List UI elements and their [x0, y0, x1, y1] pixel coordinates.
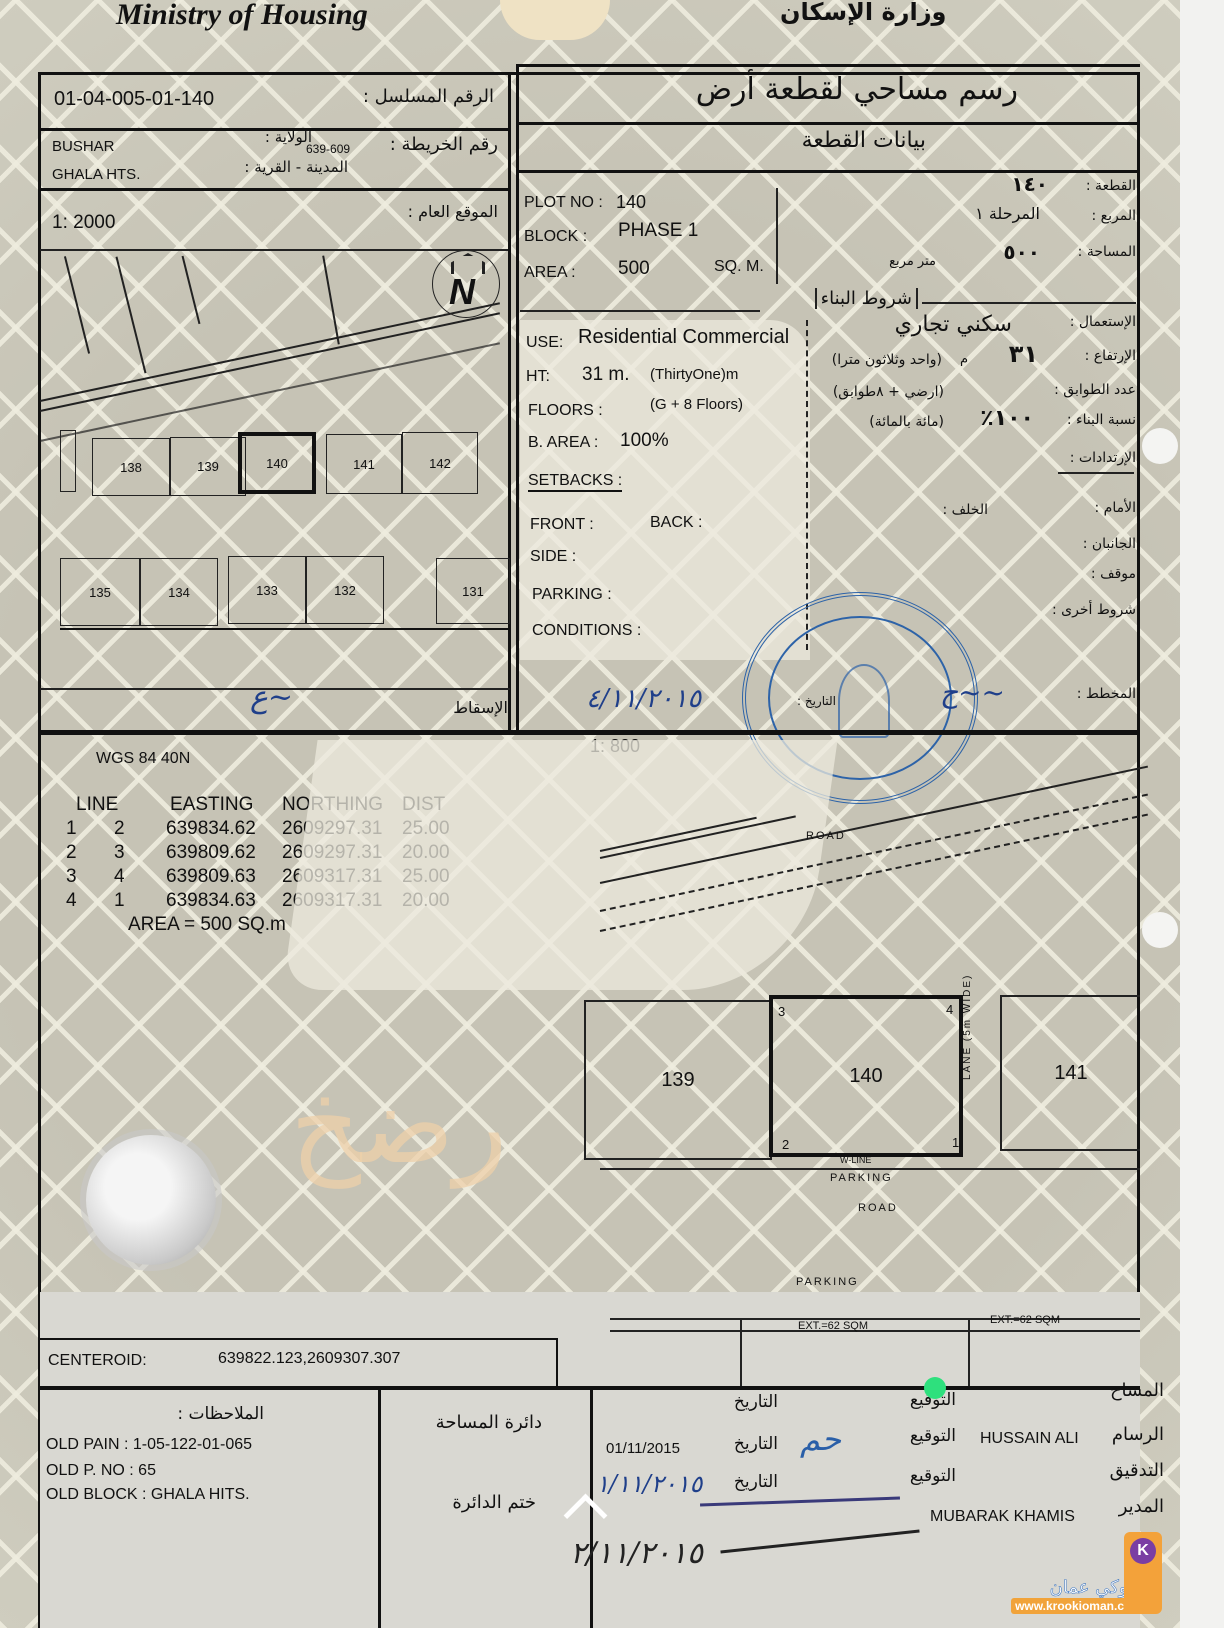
front-label-ar: الأمام :: [1095, 500, 1136, 516]
ht-label-ar: الإرتفاع :: [1085, 348, 1136, 364]
col-header-line: LINE: [76, 794, 118, 816]
map-border: [40, 249, 508, 251]
date-label: التاريخ: [734, 1472, 778, 1492]
ministry-title-ar: وزارة الإسكان: [780, 0, 946, 26]
section-divider: [38, 1386, 1140, 1390]
barea-value-ar: ١٠٠٪: [980, 406, 1034, 431]
brand-logo-icon: K: [1124, 1532, 1162, 1614]
date-label: التاريخ: [734, 1434, 778, 1454]
signature-label: التوقيع: [910, 1466, 956, 1486]
hologram-seal: [86, 1135, 216, 1265]
coordinate-system: WGS 84 40N: [96, 750, 190, 768]
old-plot-no: OLD P. NO : 65: [46, 1462, 156, 1480]
wilayat-label: الولاية :: [265, 128, 312, 146]
setbacks-label: SETBACKS :: [528, 472, 622, 492]
parking-label: PARKING: [830, 1172, 893, 1184]
plot-number: 138: [120, 460, 142, 475]
north-label: N: [449, 271, 475, 313]
block-label: BLOCK :: [524, 228, 587, 246]
plot-number: 135: [89, 585, 111, 600]
cell-from: 2: [66, 842, 77, 864]
handwritten-signature: ح~~: [940, 676, 1005, 709]
city-label: المدينة - القرية :: [244, 158, 348, 176]
column-divider: [508, 72, 511, 732]
plot-number: 141: [353, 457, 375, 472]
cell-easting: 639809.62: [166, 842, 256, 864]
ht-words-ar: (واحد وثلاثون مترا): [832, 352, 942, 368]
calligraphy-watermark: رضخ: [290, 1060, 508, 1188]
back-label-ar: الخلف :: [943, 502, 989, 518]
section-divider: [38, 730, 1140, 735]
department-stamp: ختم الدائرة: [452, 1492, 536, 1513]
corner-4: 4: [946, 1002, 953, 1017]
map-plot: 132: [306, 556, 384, 624]
divider: [516, 122, 1140, 125]
detail-plot-left: 139: [584, 1000, 772, 1160]
centroid-value: 639822.123,2609307.307: [218, 1350, 400, 1368]
director-name: MUBARAK KHAMIS: [930, 1508, 1075, 1526]
setbacks-label-ar: الإرتدادات :: [1070, 450, 1136, 466]
old-block: OLD BLOCK : GHALA HITS.: [46, 1486, 250, 1504]
area-unit: SQ. M.: [714, 258, 764, 276]
map-line: [610, 1330, 1140, 1332]
ht-unit-ar: م: [960, 352, 968, 367]
plot-no-label: PLOT NO :: [524, 194, 603, 212]
divider: [520, 310, 760, 312]
road-line: [600, 1168, 1140, 1170]
use-label-ar: الإستعمال :: [1070, 314, 1136, 330]
use-value-ar: سكني تجاري: [895, 312, 1012, 337]
map-number: 639-609: [306, 142, 350, 156]
plot-number: 134: [168, 585, 190, 600]
director-label: المدير: [1119, 1496, 1164, 1517]
cell-from: 1: [66, 818, 77, 840]
surveyor-label: المساح: [1110, 1380, 1164, 1401]
area-label-ar: المساحة :: [1078, 244, 1136, 260]
cell-easting: 639834.63: [166, 890, 256, 912]
floors-label: FLOORS :: [528, 402, 603, 420]
barea-words-ar: (مائة بالمائة): [869, 414, 944, 430]
signature-label: التوقيع: [910, 1426, 956, 1446]
column-divider: [516, 64, 519, 732]
draftsman-label: الرسام: [1112, 1424, 1164, 1445]
block-value: PHASE 1: [618, 220, 698, 242]
handwritten-signature: حم: [800, 1420, 841, 1458]
north-arrow-icon: N: [432, 250, 500, 318]
floors-label-ar: عدد الطوابق :: [1054, 382, 1136, 398]
wilayat-value: BUSHAR: [52, 138, 115, 155]
ext-label-1: EXT.=62 SQM: [798, 1320, 868, 1332]
divider: [922, 302, 1136, 304]
ht-value-ar: ٣١: [1009, 340, 1038, 368]
ext-label-2: EXT.=62 SQM: [990, 1314, 1060, 1326]
map-plot: 133: [228, 556, 306, 624]
plot-number: 131: [462, 584, 484, 599]
area-total: AREA = 500 SQ.m: [128, 914, 286, 936]
conditions-label: CONDITIONS :: [532, 622, 641, 640]
area-value-ar: ٥٠٠: [1003, 240, 1040, 264]
map-plot-selected: 140: [238, 432, 316, 494]
side-label: SIDE :: [530, 548, 576, 566]
parking-label: PARKING :: [532, 586, 612, 604]
plot-label-ar: القطعة :: [1086, 178, 1136, 194]
centroid-label: CENTEROID:: [48, 1352, 147, 1370]
parking-label-ar: موقف :: [1091, 566, 1136, 582]
planner-label-ar: المخطط :: [1077, 686, 1136, 702]
map-plot: 138: [92, 438, 170, 496]
serial-number: 01-04-005-01-140: [54, 88, 214, 111]
plot-number: 133: [256, 583, 278, 598]
draftsman-name: HUSSAIN ALI: [980, 1430, 1079, 1448]
divider: [776, 188, 778, 284]
front-label: FRONT :: [530, 516, 594, 534]
plot-number: 139: [661, 1069, 694, 1092]
corner-3: 3: [778, 1004, 785, 1019]
wline-label: W-LINE: [840, 1155, 871, 1165]
area-label: AREA :: [524, 264, 576, 282]
cell-to: 3: [114, 842, 125, 864]
map-number-label: رقم الخريطة :: [390, 134, 498, 155]
serial-label: الرقم المسلسل :: [363, 86, 494, 107]
plot-number: 140: [849, 1065, 882, 1088]
handwritten-check-date: ١/١١/٢٠١٥: [596, 1470, 702, 1498]
divider: [516, 64, 1140, 67]
other-conditions-ar: شروط أخرى :: [1052, 602, 1136, 618]
cell-to: 2: [114, 818, 125, 840]
punch-hole: [1142, 428, 1178, 464]
logo-letter: K: [1130, 1538, 1156, 1564]
ht-words: (ThirtyOne)m: [650, 366, 738, 383]
plot-number: 140: [266, 456, 288, 471]
map-plot: 131: [436, 558, 510, 624]
map-plot: 141: [326, 434, 402, 494]
document-title-ar: رسم مساحي لقطعة أرض: [696, 72, 1018, 107]
city-value: GHALA HTS.: [52, 166, 140, 183]
cell-easting: 639809.63: [166, 866, 256, 888]
detail-plot-right: 141: [1000, 995, 1140, 1151]
map-plot: 142: [402, 432, 478, 494]
divider: [38, 188, 510, 191]
detail-plot-selected: 140: [769, 995, 963, 1157]
cell-from: 3: [66, 866, 77, 888]
plot-number: 142: [429, 456, 451, 471]
underline: [1058, 472, 1134, 474]
projection-label: الإسقاط: [453, 698, 508, 717]
map-line: [740, 1318, 742, 1388]
cell-from: 4: [66, 890, 77, 912]
page-margin: [1180, 0, 1224, 1628]
status-dot: [924, 1377, 946, 1399]
map-plot: 135: [60, 558, 140, 626]
col-header-easting: EASTING: [170, 794, 253, 816]
handwritten-signature: ع~: [250, 680, 293, 715]
cell-easting: 639834.62: [166, 818, 256, 840]
plot-no-value: 140: [616, 192, 646, 213]
ht-label: HT:: [526, 368, 550, 386]
plot-number: 132: [334, 583, 356, 598]
ministry-title-en: Ministry of Housing: [116, 0, 368, 32]
road-label: ROAD: [806, 830, 846, 842]
security-pattern: [282, 740, 837, 990]
location-scale: 1: 2000: [52, 212, 115, 234]
lane-label: LANE (5m WIDE): [962, 974, 973, 1080]
side-label-ar: الجانبان :: [1083, 536, 1136, 552]
map-line: [610, 1318, 1140, 1320]
corner-1: 1: [952, 1135, 959, 1150]
cell-to: 1: [114, 890, 125, 912]
column-divider: [806, 320, 808, 650]
plot-value-ar: ١٤٠: [1011, 172, 1048, 196]
parking-label-2: PARKING: [796, 1276, 859, 1288]
draft-date: 01/11/2015: [606, 1440, 680, 1457]
survey-department: دائرة المساحة: [436, 1412, 542, 1433]
barea-value: 100%: [620, 430, 669, 452]
map-structure: [60, 430, 76, 492]
use-value: Residential Commercial: [578, 326, 789, 349]
map-plot: 134: [140, 558, 218, 626]
section-title-ar: بيانات القطعة: [802, 128, 926, 153]
floors-value: (G + 8 Floors): [650, 396, 743, 413]
plot-number: 139: [197, 459, 219, 474]
punch-hole: [1142, 912, 1178, 948]
barea-label-ar: نسبة البناء :: [1067, 412, 1136, 428]
map-line: [968, 1318, 970, 1388]
date-label: التاريخ: [734, 1392, 778, 1412]
floors-value-ar: (ارضي + ٨طوابق): [833, 384, 944, 400]
old-pain: OLD PAIN : 1-05-122-01-065: [46, 1436, 252, 1454]
barea-label: B. AREA :: [528, 434, 598, 452]
emblem-icon: [838, 664, 890, 738]
block-label-ar: المربع :: [1092, 208, 1137, 224]
stamp-date-label: التاريخ :: [797, 694, 836, 708]
back-label: BACK :: [650, 514, 702, 532]
map-plot: 139: [170, 437, 246, 496]
road-label-2: ROAD: [858, 1202, 898, 1214]
map-line: [60, 628, 510, 630]
location-label: الموقع العام :: [408, 202, 498, 221]
ht-value: 31 m.: [582, 364, 630, 386]
notes-label: الملاحظات :: [177, 1404, 264, 1424]
handwritten-director-date: ٢/١١/٢٠١٥: [570, 1536, 703, 1571]
area-value: 500: [618, 258, 650, 280]
area-unit-ar: متر مربع: [889, 254, 936, 269]
plot-number: 141: [1054, 1062, 1087, 1085]
building-conditions-title: شروط البناء: [815, 288, 918, 309]
checker-label: التدقيق: [1110, 1460, 1164, 1481]
corner-2: 2: [782, 1137, 789, 1152]
block-value-ar: المرحلة ١: [975, 204, 1040, 223]
cell-to: 4: [114, 866, 125, 888]
handwritten-date: ٤/١١/٢٠١٥: [586, 684, 701, 714]
column-divider: [378, 1386, 381, 1628]
use-label: USE:: [526, 334, 563, 352]
